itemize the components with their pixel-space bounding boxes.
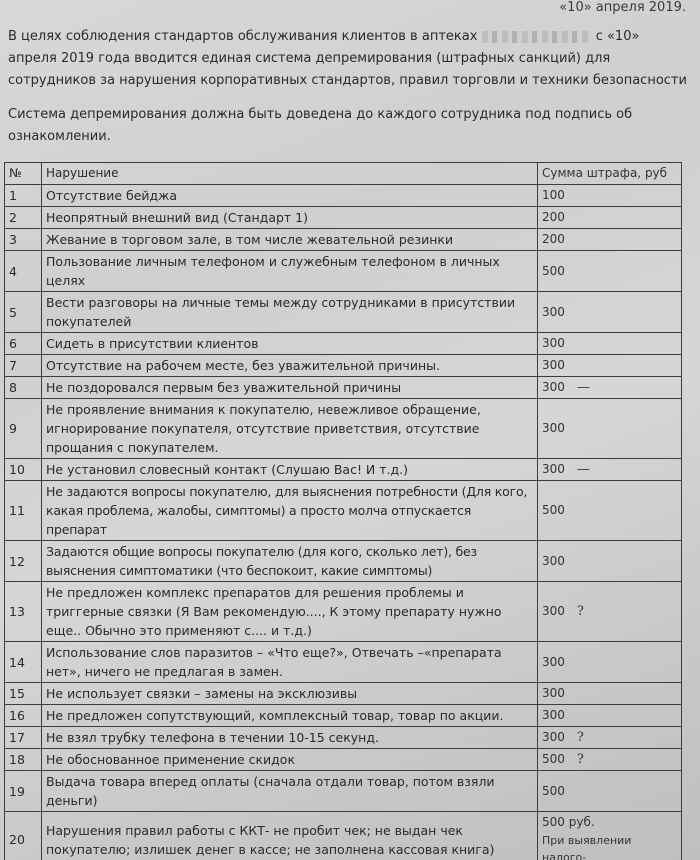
table-row: 4Пользование личным телефоном и служебны… xyxy=(5,251,682,292)
table-row: 12Задаются общие вопросы покупателю (для… xyxy=(5,541,682,582)
fine-amount: 300 xyxy=(542,655,565,669)
row-fine: 300 xyxy=(538,705,682,727)
row-number: 13 xyxy=(5,582,42,642)
row-fine: 300 xyxy=(538,292,682,333)
fine-amount: 300 xyxy=(542,358,565,372)
row-violation: Не поздоровался первым без уважительной … xyxy=(42,377,538,399)
header-num: № xyxy=(5,163,42,185)
fines-table: № Нарушение Сумма штрафа, руб 1Отсутстви… xyxy=(4,162,682,860)
row-fine: 100 xyxy=(538,185,682,207)
row-fine: 300? xyxy=(538,582,682,642)
handwritten-mark: ? xyxy=(577,752,584,767)
table-row: 9Не проявление внимания к покупателю, не… xyxy=(5,399,682,459)
fine-amount: 300 xyxy=(542,305,565,319)
table-row: 2Неопрятный внешний вид (Стандарт 1)200 xyxy=(5,207,682,229)
fine-amount: 300 xyxy=(542,462,565,476)
row-fine: 300— xyxy=(538,377,682,399)
fine-amount: 500 xyxy=(542,784,565,798)
table-header-row: № Нарушение Сумма штрафа, руб xyxy=(5,163,682,185)
fine-amount: 300 xyxy=(542,686,565,700)
row-violation: Не предложен комплекс препаратов для реш… xyxy=(42,582,538,642)
fine-amount: 500 xyxy=(542,752,565,766)
row-fine: 500 xyxy=(538,771,682,812)
row-fine: 300 xyxy=(538,333,682,355)
row-violation: Не взял трубку телефона в течении 10-15 … xyxy=(42,727,538,749)
row-fine: 300? xyxy=(538,727,682,749)
fine-amount: 500 xyxy=(542,503,565,517)
fine-amount: 500 руб. xyxy=(542,815,595,829)
table-row: 11Не задаются вопросы покупателю, для вы… xyxy=(5,481,682,541)
fine-regulation-document: «10» апреля 2019. В целях соблюдения ста… xyxy=(0,0,700,860)
fine-note: При выявлении налого- xyxy=(542,832,677,860)
fine-amount: 500 xyxy=(542,264,565,278)
table-row: 19Выдача товара вперед оплаты (сначала о… xyxy=(5,771,682,812)
row-number: 20 xyxy=(5,812,42,860)
row-violation: Не установил словесный контакт (Слушаю В… xyxy=(42,459,538,481)
table-row: 14Использование слов паразитов – «Что ещ… xyxy=(5,642,682,683)
row-violation: Не задаются вопросы покупателю, для выяс… xyxy=(42,481,538,541)
row-violation: Нарушения правил работы с ККТ- не пробит… xyxy=(42,812,538,860)
table-row: 6Сидеть в присутствии клиентов300 xyxy=(5,333,682,355)
row-number: 1 xyxy=(5,185,42,207)
row-violation: Не предложен сопутствующий, комплексный … xyxy=(42,705,538,727)
header-violation: Нарушение xyxy=(42,163,538,185)
row-fine: 300 xyxy=(538,541,682,582)
row-violation: Использование слов паразитов – «Что еще?… xyxy=(42,642,538,683)
fine-amount: 300 xyxy=(542,421,565,435)
row-number: 4 xyxy=(5,251,42,292)
row-violation: Задаются общие вопросы покупателю (для к… xyxy=(42,541,538,582)
row-fine: 500? xyxy=(538,749,682,771)
handwritten-mark: — xyxy=(577,380,590,395)
row-violation: Сидеть в присутствии клиентов xyxy=(42,333,538,355)
row-fine: 200 xyxy=(538,207,682,229)
table-row: 20Нарушения правил работы с ККТ- не проб… xyxy=(5,812,682,860)
row-fine: 300 xyxy=(538,355,682,377)
row-number: 14 xyxy=(5,642,42,683)
row-number: 15 xyxy=(5,683,42,705)
handwritten-mark: — xyxy=(577,462,590,477)
table-row: 3Жевание в торговом зале, в том числе же… xyxy=(5,229,682,251)
row-violation: Вести разговоры на личные темы между сот… xyxy=(42,292,538,333)
row-number: 11 xyxy=(5,481,42,541)
row-number: 17 xyxy=(5,727,42,749)
table-row: 17Не взял трубку телефона в течении 10-1… xyxy=(5,727,682,749)
table-row: 10Не установил словесный контакт (Слушаю… xyxy=(5,459,682,481)
row-number: 18 xyxy=(5,749,42,771)
table-row: 16Не предложен сопутствующий, комплексны… xyxy=(5,705,682,727)
table-row: 7Отсутствие на рабочем месте, без уважит… xyxy=(5,355,682,377)
row-fine: 500 xyxy=(538,481,682,541)
row-number: 9 xyxy=(5,399,42,459)
row-number: 8 xyxy=(5,377,42,399)
row-number: 10 xyxy=(5,459,42,481)
row-fine: 500 xyxy=(538,251,682,292)
notice-paragraph: Система депремирования должна быть довед… xyxy=(8,104,688,148)
row-fine: 300 xyxy=(538,642,682,683)
fine-amount: 300 xyxy=(542,730,565,744)
intro-paragraph: В целях соблюдения стандартов обслуживан… xyxy=(8,26,688,92)
row-fine: 300 xyxy=(538,683,682,705)
intro-section: В целях соблюдения стандартов обслуживан… xyxy=(8,26,688,160)
fine-amount: 200 xyxy=(542,232,565,246)
row-violation: Неопрятный внешний вид (Стандарт 1) xyxy=(42,207,538,229)
row-violation: Не использует связки – замены на эксклюз… xyxy=(42,683,538,705)
row-fine: 500 руб.При выявлении налого- xyxy=(538,812,682,860)
row-number: 3 xyxy=(5,229,42,251)
row-number: 5 xyxy=(5,292,42,333)
row-violation: Отсутствие на рабочем месте, без уважите… xyxy=(42,355,538,377)
row-violation: Отсутствие бейджа xyxy=(42,185,538,207)
row-fine: 300— xyxy=(538,459,682,481)
fine-amount: 300 xyxy=(542,554,565,568)
table-row: 8Не поздоровался первым без уважительной… xyxy=(5,377,682,399)
row-fine: 300 xyxy=(538,399,682,459)
fine-amount: 300 xyxy=(542,604,565,618)
row-violation: Выдача товара вперед оплаты (сначала отд… xyxy=(42,771,538,812)
row-number: 19 xyxy=(5,771,42,812)
row-number: 2 xyxy=(5,207,42,229)
row-violation: Не проявление внимания к покупателю, нев… xyxy=(42,399,538,459)
handwritten-mark: ? xyxy=(577,604,584,619)
fine-amount: 300 xyxy=(542,708,565,722)
intro-text-part1: В целях соблюдения стандартов обслуживан… xyxy=(8,29,477,44)
row-violation: Не обоснованное применение скидок xyxy=(42,749,538,771)
header-fine: Сумма штрафа, руб xyxy=(538,163,682,185)
table-row: 13Не предложен комплекс препаратов для р… xyxy=(5,582,682,642)
table-row: 18Не обоснованное применение скидок500? xyxy=(5,749,682,771)
row-number: 7 xyxy=(5,355,42,377)
table-row: 15Не использует связки – замены на экскл… xyxy=(5,683,682,705)
redacted-company-name xyxy=(482,31,592,43)
table-row: 1Отсутствие бейджа100 xyxy=(5,185,682,207)
row-violation: Пользование личным телефоном и служебным… xyxy=(42,251,538,292)
row-violation: Жевание в торговом зале, в том числе жев… xyxy=(42,229,538,251)
fine-amount: 100 xyxy=(542,188,565,202)
row-number: 6 xyxy=(5,333,42,355)
handwritten-mark: ? xyxy=(577,730,584,745)
row-number: 16 xyxy=(5,705,42,727)
row-number: 12 xyxy=(5,541,42,582)
row-fine: 200 xyxy=(538,229,682,251)
fine-amount: 300 xyxy=(542,336,565,350)
fine-amount: 300 xyxy=(542,380,565,394)
document-date: «10» апреля 2019. xyxy=(559,0,686,15)
fine-amount: 200 xyxy=(542,210,565,224)
table-row: 5Вести разговоры на личные темы между со… xyxy=(5,292,682,333)
